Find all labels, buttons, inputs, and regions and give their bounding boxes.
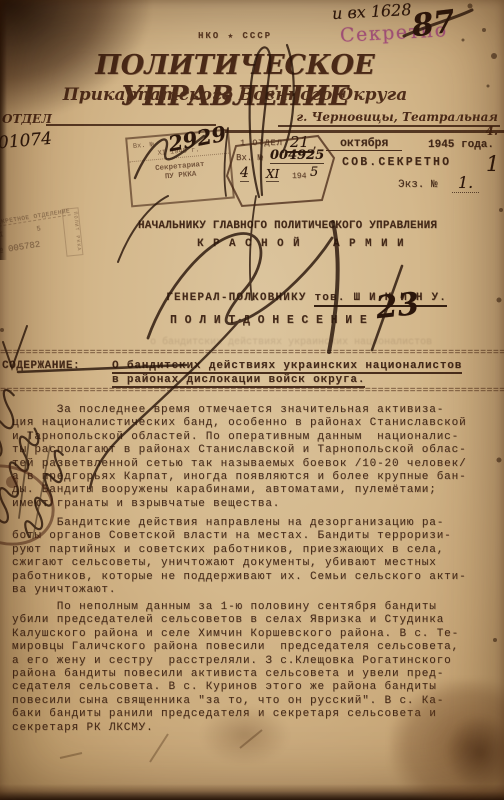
hex-stamp-dept: 1 ОТДЕЛ	[240, 138, 283, 148]
page-number-overwrite: 87	[410, 4, 457, 45]
date-month: октября	[326, 137, 402, 151]
copy-label: Экз. №	[398, 179, 438, 191]
date-day-handwritten: 21	[287, 133, 312, 153]
hex-date-month: XI	[266, 167, 279, 182]
address-underline	[278, 125, 500, 127]
subject-label: СОДЕРЖАНИЕ:	[2, 360, 80, 372]
doc-type-heading: П О Л И Т Д О Н Е С Е Н И Е	[170, 314, 367, 327]
rank-text: ГЕНЕРАЛ-ПОЛКОВНИКУ	[166, 292, 314, 304]
addressee-line2: К Р А С Н О Й А Р М И И	[197, 238, 405, 250]
body-paragraph-2: Бандитские действия направлены на дезорг…	[12, 517, 498, 597]
copy-number-handwritten: 1.	[452, 173, 479, 193]
ghost-offset-text: о бандитских действиях украинских национ…	[150, 337, 432, 348]
date-year: 1945 года.	[428, 139, 494, 151]
document-page: НКО ★ СССР ПОЛИТИЧЕСКОЕ УПРАВЛЕНИЕ Прика…	[0, 0, 504, 800]
header-rule	[225, 130, 504, 133]
corner-mark-handwritten: 1	[486, 152, 499, 176]
hex-stamp-number-prefix: Вх. №	[236, 153, 263, 163]
hex-date-day: 4	[240, 165, 249, 182]
margin-fraction-mark: 23	[374, 286, 421, 326]
otdel-label: ОТДЕЛ	[2, 112, 52, 126]
bottom-band	[0, 784, 504, 800]
left-faint-stamp: СЕКРЕТНОЕ ОТДЕЛЕНИЕ XI 5 № 005782	[0, 193, 117, 256]
issuer-small-print: НКО ★ СССР	[150, 31, 320, 41]
letterhead-subtitle: Прикарпатского Военного Округа	[18, 85, 452, 105]
hex-date-year-digit: 5	[310, 165, 318, 180]
hex-date-year: 194	[292, 172, 306, 181]
addressee-line1: НАЧАЛЬНИКУ ГЛАВНОГО ПОЛИТИЧЕСКОГО УПРАВЛ…	[138, 220, 437, 232]
subject-line1: О бандитских действиях украинских национ…	[112, 360, 462, 374]
separator-top: ========================================…	[0, 348, 504, 359]
incoming-note-handwritten: и вх 1628	[332, 0, 412, 23]
outgoing-number-handwritten: 01074	[0, 129, 53, 154]
separator-bottom: ========================================…	[0, 386, 504, 397]
otdel-blank-line	[46, 124, 216, 126]
letterhead-address: г. Черновицы, Театральная 4.	[280, 110, 498, 138]
body-paragraph-1: За последнее время отмечается значительн…	[12, 404, 498, 511]
classification-label: СОВ.СЕКРЕТНО	[342, 156, 451, 169]
body-paragraph-3: По неполным данным за 1-ю половину сентя…	[12, 601, 498, 735]
date-comma: ,	[312, 140, 319, 152]
